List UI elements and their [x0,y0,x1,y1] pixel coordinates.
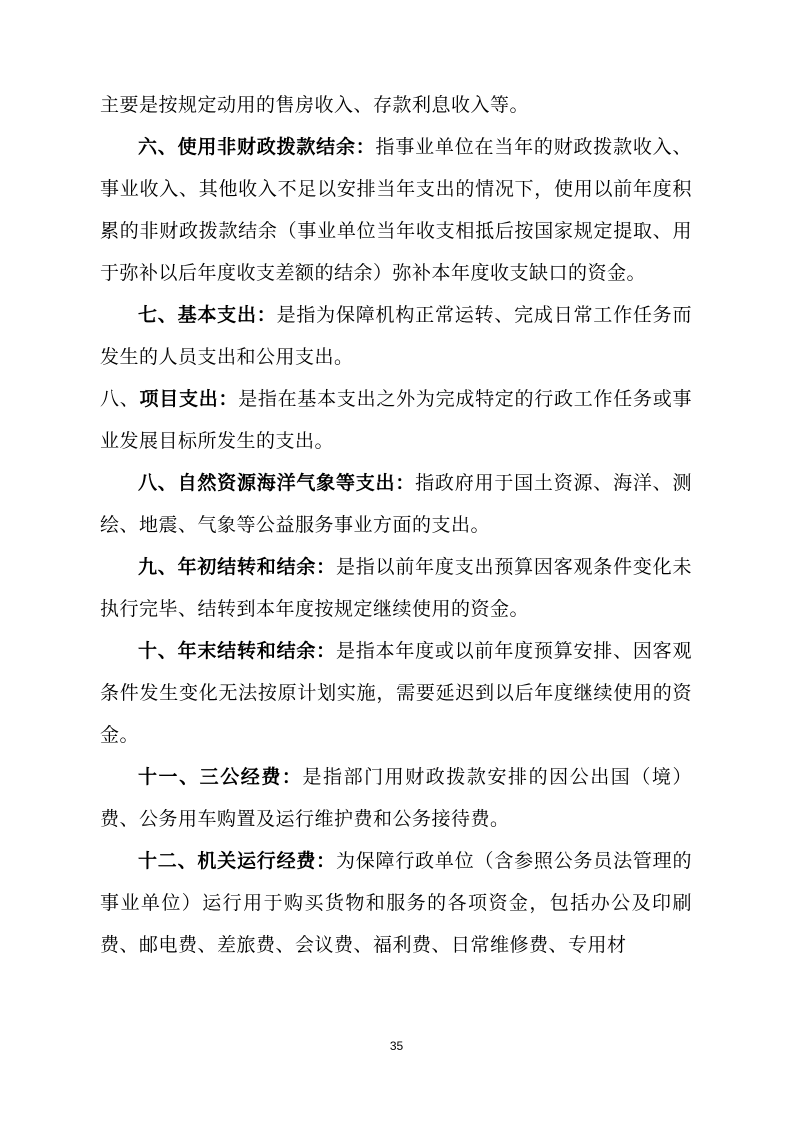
term-heading: 八、自然资源海洋气象等支出： [138,473,415,494]
term-heading: 九、年初结转和结余： [138,557,336,578]
term-heading: 项目支出： [139,389,238,410]
paragraph-text: 指事业单位在当年的财政拨款收入、事业收入、其他收入不足以安排当年支出的情况下，使… [100,137,692,284]
paragraph-term-9: 九、年初结转和结余：是指以前年度支出预算因客观条件变化未执行完毕、结转到本年度按… [100,547,692,631]
term-heading: 六、使用非财政拨款结余： [138,137,376,158]
paragraph-continuation: 主要是按规定动用的售房收入、存款利息收入等。 [100,85,692,127]
term-lead: 八、 [100,389,139,410]
paragraph-term-8-natural-resources: 八、自然资源海洋气象等支出：指政府用于国土资源、海洋、测绘、地震、气象等公益服务… [100,463,692,547]
page-number: 35 [0,1037,793,1055]
paragraph-term-8-project: 八、项目支出：是指在基本支出之外为完成特定的行政工作任务或事业发展目标所发生的支… [100,379,692,463]
paragraph-text: 主要是按规定动用的售房收入、存款利息收入等。 [100,95,529,116]
document-page: 主要是按规定动用的售房收入、存款利息收入等。 六、使用非财政拨款结余：指事业单位… [0,0,793,1122]
term-heading: 十一、三公经费： [138,767,302,788]
paragraph-term-6: 六、使用非财政拨款结余：指事业单位在当年的财政拨款收入、事业收入、其他收入不足以… [100,127,692,295]
paragraph-term-11: 十一、三公经费：是指部门用财政拨款安排的因公出国（境）费、公务用车购置及运行维护… [100,757,692,841]
paragraph-term-7: 七、基本支出：是指为保障机构正常运转、完成日常工作任务而发生的人员支出和公用支出… [100,295,692,379]
paragraph-term-10: 十、年末结转和结余：是指本年度或以前年度预算安排、因客观条件发生变化无法按原计划… [100,631,692,757]
term-heading: 十二、机关运行经费： [138,851,336,872]
paragraph-term-12: 十二、机关运行经费：为保障行政单位（含参照公务员法管理的事业单位）运行用于购买货… [100,841,692,967]
term-heading: 十、年末结转和结余： [138,641,336,662]
document-body: 主要是按规定动用的售房收入、存款利息收入等。 六、使用非财政拨款结余：指事业单位… [100,85,692,967]
term-heading: 七、基本支出： [138,305,277,326]
